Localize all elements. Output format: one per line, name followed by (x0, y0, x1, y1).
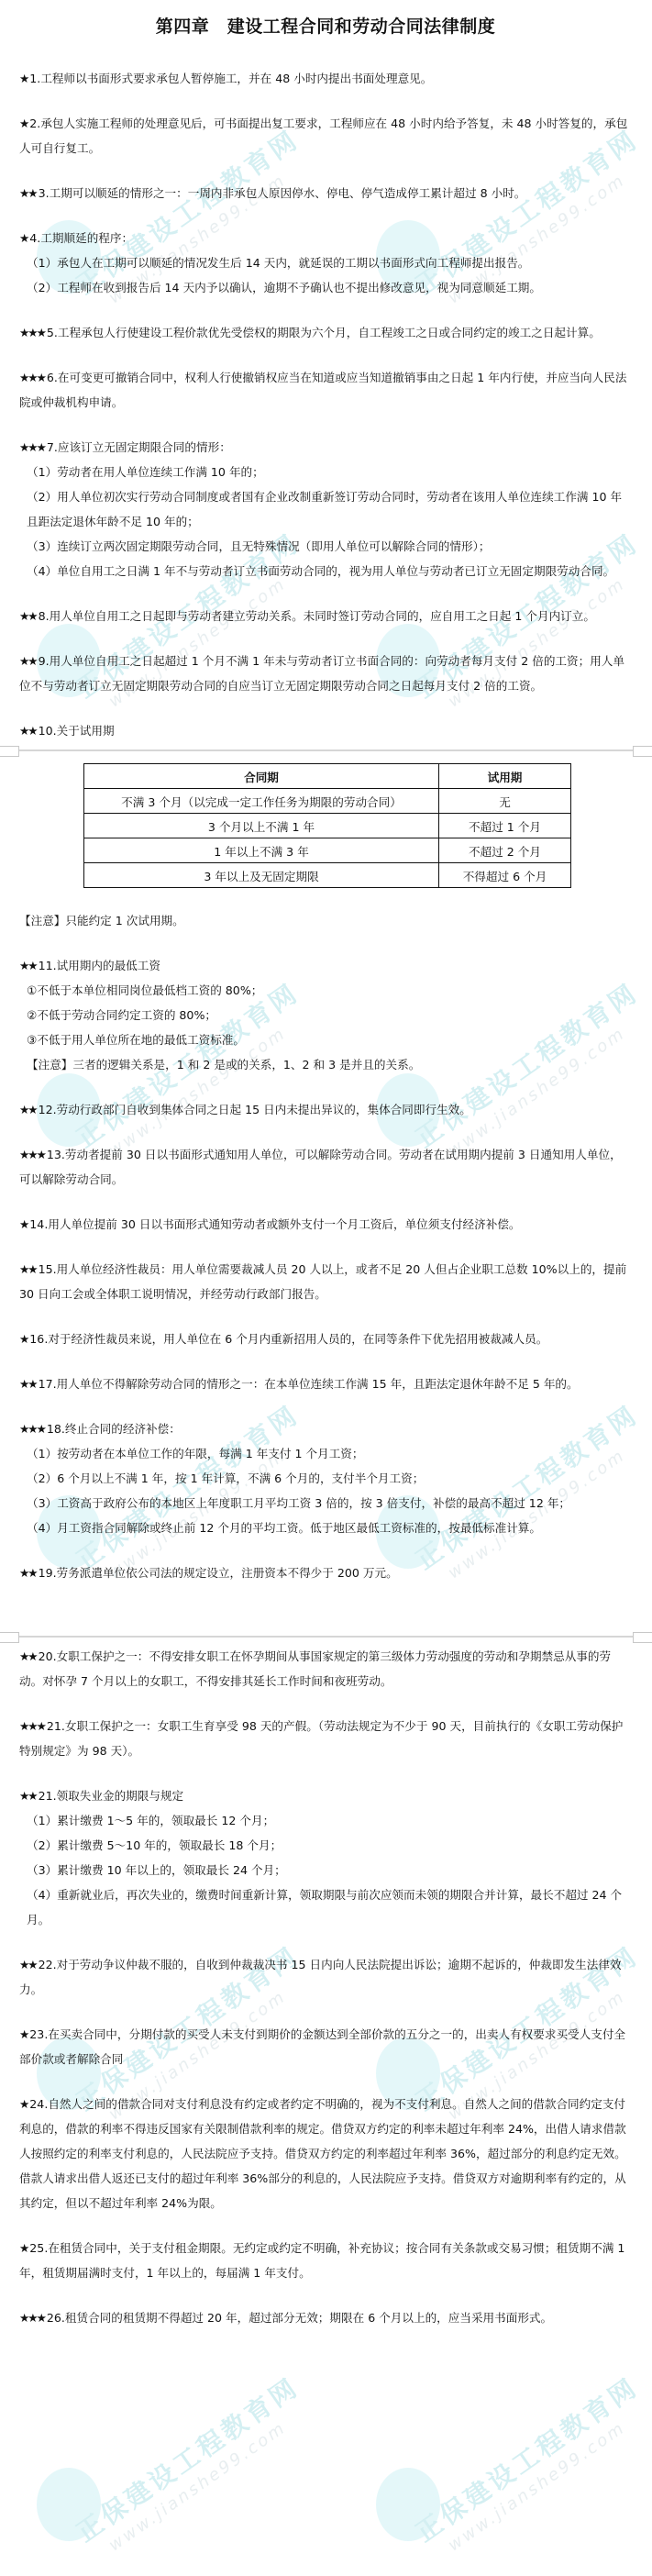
list-item: ★★21.领取失业金的期限与规定 (19, 1783, 632, 1808)
star-rating-icon: ★ (19, 72, 28, 85)
table-row: 不满 3 个月（以完成一定工作任务为期限的劳动合同） 无 (84, 789, 571, 814)
star-rating-icon: ★★ (19, 609, 37, 623)
star-rating-icon: ★★★ (19, 440, 45, 454)
table-header-row: 合同期 试用期 (84, 764, 571, 789)
list-item: ★24.自然人之间的借款合同对支付利息没有约定或者约定不明确的，视为不支付利息。… (19, 2092, 632, 2215)
list-item: ★★★21.女职工保护之一：女职工生育享受 98 天的产假。（劳动法规定为不少于… (19, 1714, 632, 1763)
star-rating-icon: ★★ (19, 186, 37, 200)
star-rating-icon: ★★★ (19, 371, 45, 384)
sub-item: （3）工资高于政府公布的本地区上年度职工月平均工资 3 倍的，按 3 倍支付，补… (19, 1491, 632, 1516)
sub-item: ②不低于劳动合同约定工资的 80%； (19, 1003, 632, 1027)
sub-item: （2）6 个月以上不满 1 年，按 1 年计算，不满 6 个月的，支付半个月工资… (19, 1466, 632, 1491)
sub-item: （4）月工资指合同解除或终止前 12 个月的平均工资。低于地区最低工资标准的，按… (19, 1516, 632, 1540)
list-item: ★14.用人单位提前 30 日以书面形式通知劳动者或额外支付一个月工资后，单位须… (19, 1212, 632, 1237)
star-rating-icon: ★ (19, 117, 28, 130)
list-item: ★4.工期顺延的程序： (19, 226, 632, 250)
star-rating-icon: ★ (19, 2027, 28, 2041)
list-item: ★★20.女职工保护之一：不得安排女职工在怀孕期间从事国家规定的第三级体力劳动强… (19, 1644, 632, 1693)
star-rating-icon: ★★ (19, 724, 37, 738)
star-rating-icon: ★★ (19, 1262, 37, 1276)
sub-item: （2）工程师在收到报告后 14 天内予以确认，逾期不予确认也不提出修改意见，视为… (19, 275, 632, 300)
list-item: ★★★13.劳动者提前 30 日以书面形式通知用人单位，可以解除劳动合同。劳动者… (19, 1142, 632, 1192)
sub-item: （2）用人单位初次实行劳动合同制度或者国有企业改制重新签订劳动合同时，劳动者在该… (19, 484, 632, 534)
star-rating-icon: ★★ (19, 959, 37, 972)
star-rating-icon: ★★★ (19, 2311, 45, 2325)
star-rating-icon: ★★ (19, 1649, 37, 1663)
watermark-logo-icon (376, 2468, 440, 2541)
list-item: ★16.对于经济性裁员来说，用人单位在 6 个月内重新招用人员的，在同等条件下优… (19, 1327, 632, 1351)
trial-period-table: 合同期 试用期 不满 3 个月（以完成一定工作任务为期限的劳动合同） 无 3 个… (83, 763, 571, 888)
watermark: 正保建设工程教育网 www.jianshe99.com (28, 2404, 312, 2559)
list-item: ★★3.工期可以顺延的情形之一：一周内非承包人原因停水、停电、停气造成停工累计超… (19, 181, 632, 205)
star-rating-icon: ★★ (19, 1789, 37, 1803)
table-row: 1 年以上不满 3 年 不超过 2 个月 (84, 838, 571, 863)
list-item: ★★★18.终止合同的经济补偿： (19, 1416, 632, 1441)
list-item: ★25.在租赁合同中，关于支付租金期限。无约定或约定不明确，补充协议；按合同有关… (19, 2236, 632, 2285)
note: 【注意】三者的逻辑关系是，1 和 2 是或的关系，1、2 和 3 是并且的关系。 (19, 1052, 632, 1077)
list-item: ★★8.用人单位自用工之日起即与劳动者建立劳动关系。未同时签订劳动合同的，应自用… (19, 604, 632, 628)
star-rating-icon: ★ (19, 1217, 28, 1231)
sub-item: ③不低于用人单位所在地的最低工资标准。 (19, 1027, 632, 1052)
watermark: 正保建设工程教育网 www.jianshe99.com (367, 2404, 651, 2559)
list-item: ★★11.试用期内的最低工资 (19, 953, 632, 978)
sub-item: （4）重新就业后，再次失业的，缴费时间重新计算，领取期限与前次应领而未领的期限合… (19, 1882, 632, 1932)
star-rating-icon: ★ (19, 231, 28, 245)
sub-item: （4）单位自用工之日满 1 年不与劳动者订立书面劳动合同的，视为用人单位与劳动者… (19, 559, 632, 583)
sub-item: （1）累计缴费 1～5 年的，领取最长 12 个月； (19, 1808, 632, 1833)
star-rating-icon: ★★ (19, 1377, 37, 1391)
page-break (0, 747, 652, 754)
table-row: 3 个月以上不满 1 年 不超过 1 个月 (84, 814, 571, 838)
list-item: ★2.承包人实施工程师的处理意见后，可书面提出复工要求，工程师应在 48 小时内… (19, 111, 632, 161)
sub-item: （3）累计缴费 10 年以上的，领取最长 24 个月； (19, 1858, 632, 1882)
list-item: ★★15.用人单位经济性裁员：用人单位需要裁减人员 20 人以上，或者不足 20… (19, 1257, 632, 1306)
document-page: 第四章 建设工程合同和劳动合同法律制度 ★1.工程师以书面形式要求承包人暂停施工… (0, 0, 652, 2330)
list-item: ★★★7.应该订立无固定期限合同的情形： (19, 435, 632, 460)
list-item: ★★19.劳务派遣单位依公司法的规定设立，注册资本不得少于 200 万元。 (19, 1560, 632, 1585)
star-rating-icon: ★★ (19, 1103, 37, 1116)
table-row: 3 年以上及无固定期限 不得超过 6 个月 (84, 863, 571, 888)
sub-item: （2）累计缴费 5～10 年的，领取最长 18 个月； (19, 1833, 632, 1858)
star-rating-icon: ★★★ (19, 1148, 45, 1161)
column-header: 合同期 (84, 764, 439, 789)
star-rating-icon: ★★ (19, 654, 37, 668)
sub-item: ①不低于本单位相同岗位最低档工资的 80%； (19, 978, 632, 1003)
star-rating-icon: ★★★ (19, 326, 45, 339)
star-rating-icon: ★ (19, 2241, 28, 2255)
list-item: ★★12.劳动行政部门自收到集体合同之日起 15 日内未提出异议的，集体合同即行… (19, 1097, 632, 1122)
page-title: 第四章 建设工程合同和劳动合同法律制度 (19, 0, 632, 53)
list-item: ★★9.用人单位自用工之日起超过 1 个月不满 1 年未与劳动者订立书面合同的：… (19, 649, 632, 698)
star-rating-icon: ★ (19, 2097, 28, 2111)
list-item: ★★10.关于试用期 (19, 718, 632, 743)
page-break (0, 1633, 652, 1640)
sub-item: （3）连续订立两次固定期限劳动合同，且无特殊情况（即用人单位可以解除合同的情形）… (19, 534, 632, 559)
list-item: ★★★5.工程承包人行使建设工程价款优先受偿权的期限为六个月，自工程竣工之日或合… (19, 320, 632, 345)
list-item: ★★22.对于劳动争议仲裁不服的，自收到仲裁裁决书 15 日内向人民法院提出诉讼… (19, 1952, 632, 2002)
list-item: ★★★6.在可变更可撤销合同中，权利人行使撤销权应当在知道或应当知道撤销事由之日… (19, 365, 632, 415)
list-item: ★1.工程师以书面形式要求承包人暂停施工，并在 48 小时内提出书面处理意见。 (19, 66, 632, 91)
star-rating-icon: ★★★ (19, 1719, 45, 1733)
list-item: ★★★26.租赁合同的租赁期不得超过 20 年，超过部分无效；期限在 6 个月以… (19, 2305, 632, 2330)
star-rating-icon: ★ (19, 1332, 28, 1346)
sub-item: （1）承包人在工期可以顺延的情况发生后 14 天内，就延误的工期以书面形式向工程… (19, 250, 632, 275)
star-rating-icon: ★★ (19, 1958, 37, 1971)
note: 【注意】只能约定 1 次试用期。 (19, 908, 632, 933)
sub-item: （1）按劳动者在本单位工作的年限，每满 1 年支付 1 个月工资； (19, 1441, 632, 1466)
list-item: ★23.在买卖合同中，分期付款的买受人未支付到期价的金额达到全部价款的五分之一的… (19, 2022, 632, 2071)
star-rating-icon: ★★ (19, 1566, 37, 1580)
watermark-logo-icon (37, 2468, 101, 2541)
star-rating-icon: ★★★ (19, 1422, 45, 1436)
sub-item: （1）劳动者在用人单位连续工作满 10 年的； (19, 460, 632, 484)
column-header: 试用期 (439, 764, 571, 789)
list-item: ★★17.用人单位不得解除劳动合同的情形之一：在本单位连续工作满 15 年，且距… (19, 1371, 632, 1396)
